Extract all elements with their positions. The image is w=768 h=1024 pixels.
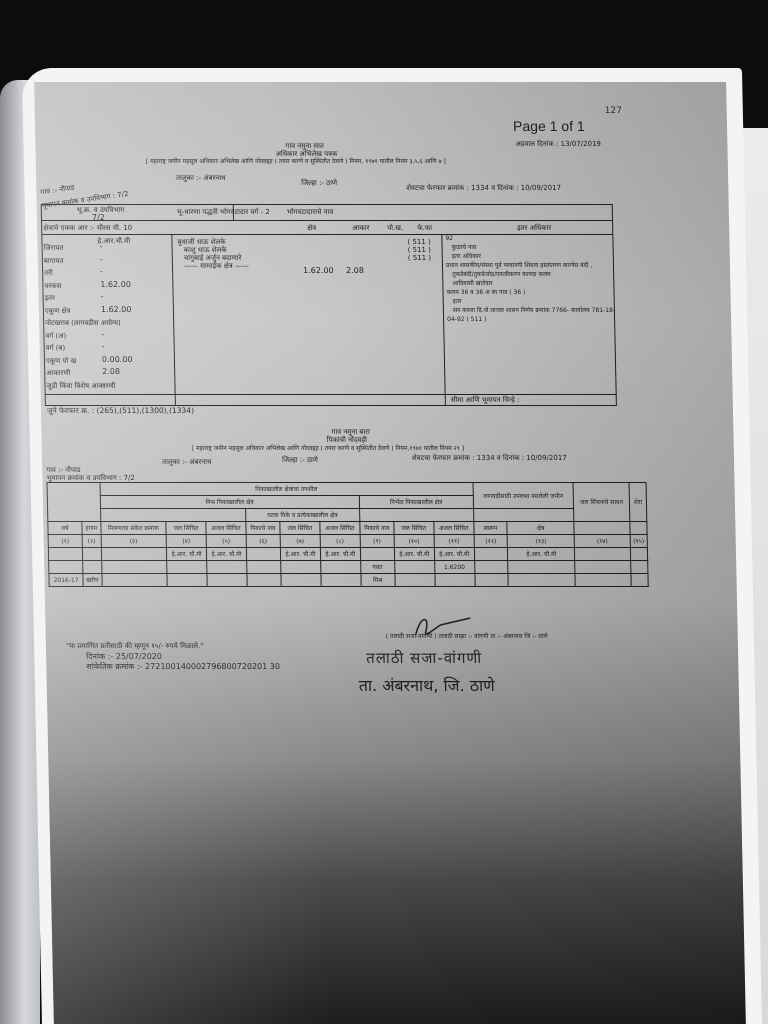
form7-title: गाव नमुना सात [285, 142, 324, 150]
data-cell [167, 561, 207, 574]
column-number: (१४) [574, 535, 630, 548]
column-unit [48, 548, 82, 561]
form12-subtitle: पिकांची नोंदवही [327, 436, 367, 444]
corner-number: 127 [605, 106, 622, 116]
form12-title: गाव नमुना बारा [331, 428, 370, 436]
column-header: अजल सिंचित [320, 522, 360, 535]
area-row-label: बागायत [44, 257, 64, 265]
area-row-label: इतर [45, 294, 55, 302]
village: गाव :- नौपाड [40, 184, 75, 197]
column-unit: हे.आर. चौ.मी [434, 548, 474, 561]
area-row-value: - [102, 380, 105, 389]
area-row-value: - [100, 255, 103, 264]
occupant-name: —— सामाईक क्षेत्र —— [184, 262, 249, 270]
header-irrigation: जल सिंचनाचे साधन [573, 483, 630, 522]
column-header [574, 522, 630, 535]
data-cell [281, 561, 321, 574]
print-date: अहवाल दिनांक : 13/07/2019 [515, 140, 601, 148]
data-cell [475, 574, 509, 587]
area-row-value: 1.62.00 [100, 280, 131, 289]
area-row-value: - [101, 330, 104, 339]
grid-cell [359, 509, 473, 522]
header-survey: 7/2 [92, 213, 105, 222]
boundary-label: सीमा आणि भूमापन चिन्हे : [451, 396, 520, 404]
column-unit [474, 548, 508, 561]
data-cell [321, 574, 361, 587]
area-row-value: - [101, 292, 104, 301]
col-mutation: फे.फा [417, 224, 432, 232]
column-number: (४) [166, 535, 206, 548]
column-number: (७) [280, 535, 320, 548]
column-header: पिकाचे नाव [360, 522, 394, 535]
occupant-assessment: 2.08 [346, 266, 364, 275]
column-number: (८) [320, 535, 360, 548]
column-unit [246, 548, 280, 561]
other-right-line: कुळाचे नाव [452, 245, 477, 252]
area-row-value: - [99, 242, 102, 251]
other-right-line: प्रधान शासकीय/संस्था पूर्व परवानगी शिवाय… [446, 263, 592, 270]
data-cell [167, 574, 207, 587]
data-cell [631, 561, 648, 574]
column-number: (१३) [508, 535, 575, 548]
col-other-rights: इतर अधिकार [517, 224, 551, 232]
header-component-crops: घटक पिके व प्रत्येकाखालील क्षेत्र [245, 509, 359, 522]
column-header: जल सिंचित [280, 522, 320, 535]
column-unit [574, 548, 630, 561]
other-right-line: इतर [453, 299, 462, 306]
data-cell: खरीप [83, 574, 102, 587]
data-cell [394, 561, 434, 574]
area-row-label: आकारणी [46, 369, 70, 377]
area-row-value: 1.62.00 [101, 305, 132, 314]
data-cell [508, 561, 575, 574]
column-header: मिश्रणाचा संकेत क्रमांक [100, 522, 166, 535]
data-cell [247, 574, 281, 587]
area-row-label: एकूण पो ख [46, 357, 76, 365]
area-row-label: तरी [44, 269, 53, 277]
data-cell [395, 574, 435, 587]
column-header: अजल सिंचित [206, 522, 246, 535]
data-cell: 2016-17 [49, 574, 83, 587]
grid-cell [100, 509, 246, 522]
form12-district: जिल्हा :- ठाणे [282, 456, 318, 464]
form12-rule: [ महाराष्ट्र जमीन महसूल अधिकार अभिलेख आण… [192, 446, 464, 453]
data-cell: 1.6200 [434, 561, 474, 574]
header-mixed-area: मिश्र पिकाखालील क्षेत्र [100, 496, 359, 509]
header-survey-label: भू.क्र. व उपविभाग [77, 206, 124, 214]
document-page: 127 Page 1 of 1 गाव नमुना सात अधिकार अभि… [34, 82, 746, 1024]
header-tenure: भू-धारणा पद्धती भोगवटादार वर्ग - 2 [177, 208, 270, 216]
data-cell: मिश्र [361, 574, 395, 587]
area-row-value: - [100, 267, 103, 276]
district: जिल्हा :- ठाणे [301, 179, 337, 187]
unit-line: क्षेत्राचे एकक आर :- चौरस मी. 10 [43, 224, 132, 232]
data-cell [631, 574, 648, 587]
page-label: Page 1 of 1 [513, 118, 585, 134]
header-single-crop: निर्भेळ पिकाखालील क्षेत्र [359, 496, 473, 509]
area-row-label: जुडी किंवा विशेष आकारणी [46, 382, 115, 390]
column-unit [360, 548, 394, 561]
column-unit: हे.आर. चौ.मी [320, 548, 360, 561]
column-number: (३) [101, 535, 167, 548]
column-number: (५) [206, 535, 246, 548]
column-header: हंगाम [82, 522, 101, 535]
data-cell [281, 574, 321, 587]
occupant-mutation: ( 511 ) [408, 254, 431, 262]
data-cell [83, 561, 102, 574]
header-crop-details: पिकाखालील क्षेत्राचा तपशील [100, 483, 473, 496]
column-number: (१०) [394, 535, 434, 548]
form7-table [41, 204, 617, 406]
column-header: स्वरूप [473, 522, 507, 535]
col-area: क्षेत्र [307, 224, 316, 232]
column-number: (१५) [630, 535, 647, 548]
other-right-line: इतर अधिकार [452, 254, 481, 261]
col-potkharab: पो.ख. [387, 224, 403, 232]
form12-mutation-ref: शेवटचा फेरफार क्रमांक : 1334 व दिनांक : … [412, 454, 567, 462]
form7-subtitle: अधिकार अभिलेख पत्रक [276, 150, 338, 158]
column-unit: हे.आर. चौ.मी [508, 548, 575, 561]
column-number: (११) [434, 535, 474, 548]
survey-number: भूमापन क्रमांक व उपविभाग : 7/2 [41, 190, 130, 210]
crop-register-table: पिकाखालील क्षेत्राचा तपशीललागवडीसाठी उपल… [47, 482, 649, 587]
occupant-name: काशु धाऊ शेलके [184, 246, 227, 254]
form12-survey: भूमापन क्रमांक व उपविभाग : 7/2 [46, 474, 135, 482]
data-cell [320, 561, 360, 574]
column-header: क्षेत्र [507, 522, 574, 535]
occupant-mutation: ( 511 ) [408, 246, 431, 254]
stamp-line-1: तलाठी सजा-वांगणी [366, 648, 482, 668]
column-header [630, 522, 647, 535]
column-header: वर्ष [48, 522, 82, 535]
fee-note: "या प्रमाणित प्रतीसाठी की म्हणून १५/- रु… [66, 642, 204, 650]
data-cell [207, 561, 247, 574]
column-header: जल सिंचित [166, 522, 206, 535]
column-number: (१२) [474, 535, 508, 548]
data-cell [247, 561, 281, 574]
data-cell [101, 561, 167, 574]
column-number: (१) [48, 535, 82, 548]
data-cell [49, 561, 83, 574]
data-cell [207, 574, 247, 587]
form12-village: गाव :- नौपाड [46, 466, 80, 474]
other-right-line: 92 [445, 236, 453, 243]
occupant-name: बुधाजी धाऊ शेलके [177, 238, 225, 246]
mutation-ref: शेवटचा फेरफार क्रमांक : 1334 व दिनांक : … [406, 184, 561, 192]
data-cell [102, 574, 168, 587]
column-unit: हे.आर. चौ.मी [280, 548, 320, 561]
data-cell [575, 574, 631, 587]
data-cell [508, 574, 575, 587]
occupant-name: चांगुबाई अर्जुन बदाणारे [184, 254, 242, 262]
verification-number: सांकेतिक क्रमांक :- 27210014000279680072… [86, 662, 280, 671]
header-occupant: भोगवटादाराचे नाव [287, 208, 334, 216]
area-unit: हे.आर.चौ.मी [97, 237, 130, 245]
signature-icon [385, 610, 476, 640]
column-number: (२) [82, 535, 101, 548]
data-cell [435, 574, 475, 587]
other-right-line: तुकडेबंदी/तुकडेजोड/एकत्रीकरण कायदा कलम [452, 272, 551, 279]
data-cell [575, 561, 631, 574]
data-cell [474, 561, 508, 574]
column-unit [101, 548, 167, 561]
column-unit: हे.आर. चौ.मी [394, 548, 434, 561]
column-header: जल सिंचित [394, 522, 434, 535]
signatory: ( तलाठी सजा-वांगणी ) तलाठी साझा :- वांगण… [386, 634, 548, 641]
stamp-line-2: ता. अंबरनाथ, जि. ठाणे [359, 674, 495, 696]
area-row-label: वर्ग (अ) [45, 332, 66, 340]
data-cell: गवत [360, 561, 394, 574]
area-row-value: - [102, 342, 105, 351]
column-header: पिकाचे नाव [246, 522, 280, 535]
issue-date: दिनांक :- 25/07/2020 [86, 652, 162, 661]
form7-rule: [ महाराष्ट्र जमीन महसूल अधिकार अभिलेख आण… [146, 159, 446, 166]
other-right-line: आदिवासी खातेदार [452, 281, 493, 288]
area-row-value: 2.08 [102, 367, 120, 376]
area-row-value: 0.00.00 [102, 355, 133, 364]
column-header: अजल सिंचित [434, 522, 474, 535]
column-number: (९) [360, 535, 394, 548]
column-unit [82, 548, 101, 561]
grid-cell [47, 483, 100, 522]
other-right-line: सन कब्जा दि.नो.चात्तल शासन निर्णय क्रमां… [453, 308, 615, 315]
area-row-label: पोटखराब (लागवडीस अयोग्य) [45, 319, 121, 327]
occupant-mutation: ( 511 ) [407, 238, 430, 246]
column-unit: हे.आर. चौ.मी [166, 548, 206, 561]
col-assessment: आकार [352, 224, 369, 232]
column-unit [630, 548, 647, 561]
grid-cell [473, 509, 574, 522]
area-row-label: वरकस [44, 282, 61, 290]
column-unit: हे.आर. चौ.मी [206, 548, 246, 561]
form12-taluka: तालुका :- अंबरनाथ [162, 458, 212, 466]
header-remarks: शेरा [629, 483, 647, 522]
other-right-line: कलम 36 व 36 अ ला पात्र ( 36 ) [446, 290, 525, 297]
column-number: (६) [246, 535, 280, 548]
header-uncultivable: लागवडीसाठी उपलब्ध नसलेली जमीन [473, 483, 574, 509]
area-row-label: वर्ग (ब) [46, 344, 66, 352]
area-row-label: जिरायत [44, 244, 64, 252]
area-row-label: एकूण क्षेत्र [45, 307, 71, 315]
taluka: तालुका :- अंबरनाथ [176, 174, 226, 182]
old-mutations: जुने फेरफार क्र. : (265),(511),(1300),(1… [47, 407, 194, 416]
other-right-line: 04-92 ( 511 ) [447, 317, 486, 324]
occupant-area: 1.62.00 [303, 266, 334, 275]
